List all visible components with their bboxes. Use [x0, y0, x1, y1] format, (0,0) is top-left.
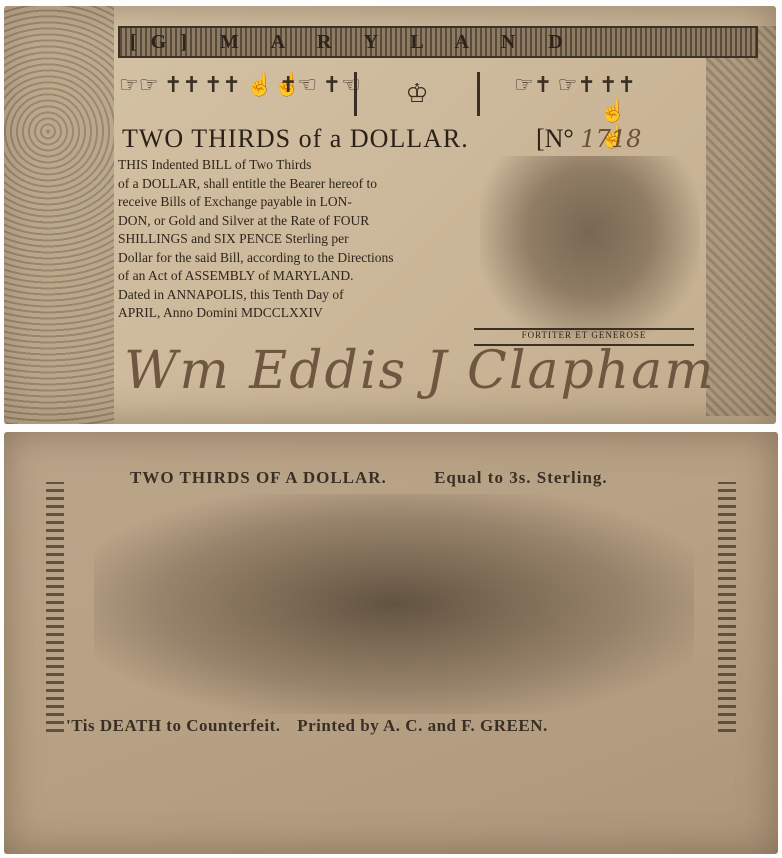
- counterfeit-warning: 'Tis DEATH to Counterfeit.: [66, 716, 280, 735]
- bill-text-line: of a DOLLAR, shall entitle the Bearer he…: [118, 175, 488, 194]
- serial-value: 1718: [580, 125, 641, 153]
- sterling-equivalent: Equal to 3s. Sterling.: [434, 468, 608, 487]
- bill-text-line: THIS Indented BILL of Two Thirds: [118, 156, 488, 175]
- serial-prefix: [N°: [536, 124, 574, 153]
- maryland-banner: [G] M A R Y L A N D: [118, 26, 758, 58]
- back-header: TWO THIRDS OF A DOLLAR. Equal to 3s. Ste…: [130, 468, 608, 488]
- bill-text: THIS Indented BILL of Two Thirds of a DO…: [118, 156, 488, 323]
- serial-number: [N° 1718: [536, 124, 641, 154]
- bill-text-line: receive Bills of Exchange payable in LON…: [118, 193, 488, 212]
- ornamental-border-right: [706, 26, 776, 416]
- coat-of-arms-vignette: [480, 156, 700, 346]
- symbol-row: ☞☞ ✝✝ ✝✝ ☝☝ ✝☜ ✝☜ ♔ ☞✝ ☞✝ ✝✝ ☝☝: [119, 72, 639, 120]
- side-border-left: [46, 482, 64, 732]
- banknote-front: [G] M A R Y L A N D ☞☞ ✝✝ ✝✝ ☝☝ ✝☜ ✝☜ ♔ …: [4, 6, 776, 424]
- bill-text-line: Dollar for the said Bill, according to t…: [118, 249, 488, 268]
- side-border-right: [718, 482, 736, 732]
- back-footer: 'Tis DEATH to Counterfeit. Printed by A.…: [66, 716, 548, 736]
- nature-print-leaf: [94, 494, 694, 714]
- banknote-back: TWO THIRDS OF A DOLLAR. Equal to 3s. Ste…: [4, 432, 778, 854]
- printer-credit: Printed by A. C. and F. GREEN.: [297, 716, 548, 735]
- bill-text-line: of an Act of ASSEMBLY of MARYLAND.: [118, 267, 488, 286]
- bill-text-line: DON, or Gold and Silver at the Rate of F…: [118, 212, 488, 231]
- hand-symbol-icon: ☞☞ ✝✝: [119, 72, 201, 98]
- hand-symbol-icon: ☞✝ ☞✝: [514, 72, 596, 98]
- crown-icon: ♔: [354, 72, 480, 116]
- signatures: Wm Eddis J Clapham: [124, 341, 716, 401]
- bill-text-line: Dated in ANNAPOLIS, this Tenth Day of: [118, 286, 488, 305]
- hand-symbol-icon: ✝☜ ✝☜: [279, 72, 361, 98]
- denomination-title: TWO THIRDS of a DOLLAR.: [122, 124, 469, 154]
- ornamental-border-left: [4, 6, 114, 424]
- back-denomination: TWO THIRDS OF A DOLLAR.: [130, 468, 387, 487]
- bill-text-line: SHILLINGS and SIX PENCE Sterling per: [118, 230, 488, 249]
- bill-text-line: APRIL, Anno Domini MDCCLXXIV: [118, 304, 488, 323]
